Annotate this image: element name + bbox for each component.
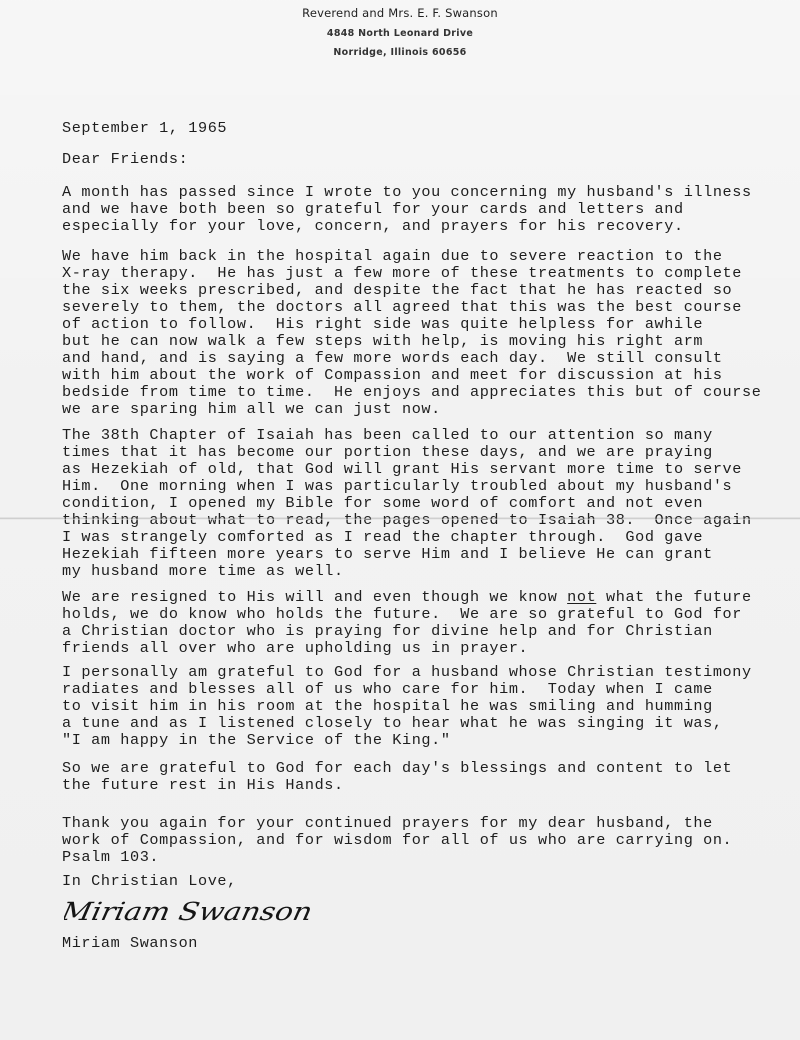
text-line: as Hezekiah of old, that God will grant … <box>62 461 752 478</box>
text-line: work of Compassion, and for wisdom for a… <box>62 832 732 849</box>
text-line: a Christian doctor who is praying for di… <box>62 623 752 640</box>
letterhead-name: Reverend and Mrs. E. F. Swanson <box>0 6 800 20</box>
text-line: X-ray therapy. He has just a few more of… <box>62 265 761 282</box>
paragraph-2: We have him back in the hospital again d… <box>62 248 761 418</box>
text-line: with him about the work of Compassion an… <box>62 367 761 384</box>
text-line: especially for your love, concern, and p… <box>62 218 752 235</box>
salutation: Dear Friends: <box>62 151 188 168</box>
paragraph-5: I personally am grateful to God for a hu… <box>62 664 752 749</box>
text-line: Psalm 103. <box>62 849 732 866</box>
typed-signature-name: Miriam Swanson <box>62 935 198 952</box>
text-line: we are sparing him all we can just now. <box>62 401 761 418</box>
paragraph-6: So we are grateful to God for each day's… <box>62 760 732 794</box>
text-line: thinking about what to read, the pages o… <box>62 512 752 529</box>
letterhead-street: 4848 North Leonard Drive <box>0 28 800 39</box>
closing: In Christian Love, <box>62 873 237 890</box>
letter-date: September 1, 1965 <box>62 120 227 137</box>
paper-fold-line <box>0 517 800 520</box>
text-line: times that it has become our portion the… <box>62 444 752 461</box>
text-line: I was strangely comforted as I read the … <box>62 529 752 546</box>
text-line: A month has passed since I wrote to you … <box>62 184 752 201</box>
text-line: I personally am grateful to God for a hu… <box>62 664 752 681</box>
text-line: We have him back in the hospital again d… <box>62 248 761 265</box>
handwritten-signature: Miriam Swanson <box>64 893 324 929</box>
text-line: friends all over who are upholding us in… <box>62 640 752 657</box>
paragraph-4: We are resigned to His will and even tho… <box>62 589 752 657</box>
text-line: We are resigned to His will and even tho… <box>62 589 752 606</box>
text-line: radiates and blesses all of us who care … <box>62 681 752 698</box>
text-line: of action to follow. His right side was … <box>62 316 761 333</box>
text-line: condition, I opened my Bible for some wo… <box>62 495 752 512</box>
paragraph-7: Thank you again for your continued praye… <box>62 815 732 866</box>
letter-page: Reverend and Mrs. E. F. Swanson 4848 Nor… <box>0 0 800 1040</box>
text-line: the six weeks prescribed, and despite th… <box>62 282 761 299</box>
text-line: bedside from time to time. He enjoys and… <box>62 384 761 401</box>
paragraph-1: A month has passed since I wrote to you … <box>62 184 752 235</box>
svg-text:Miriam Swanson: Miriam Swanson <box>64 897 315 926</box>
letterhead-city: Norridge, Illinois 60656 <box>0 47 800 58</box>
text-line: "I am happy in the Service of the King." <box>62 732 752 749</box>
text-line: holds, we do know who holds the future. … <box>62 606 752 623</box>
paragraph-3: The 38th Chapter of Isaiah has been call… <box>62 427 752 580</box>
text-line: Thank you again for your continued praye… <box>62 815 732 832</box>
text-line: my husband more time as well. <box>62 563 752 580</box>
text-line: severely to them, the doctors all agreed… <box>62 299 761 316</box>
text-line: but he can now walk a few steps with hel… <box>62 333 761 350</box>
text-line: to visit him in his room at the hospital… <box>62 698 752 715</box>
text-line: and hand, and is saying a few more words… <box>62 350 761 367</box>
text-line: a tune and as I listened closely to hear… <box>62 715 752 732</box>
underlined-word: not <box>567 588 596 606</box>
text-line: The 38th Chapter of Isaiah has been call… <box>62 427 752 444</box>
text-line: So we are grateful to God for each day's… <box>62 760 732 777</box>
text-line: Him. One morning when I was particularly… <box>62 478 752 495</box>
text-line: and we have both been so grateful for yo… <box>62 201 752 218</box>
text-line: Hezekiah fifteen more years to serve Him… <box>62 546 752 563</box>
text-line: the future rest in His Hands. <box>62 777 732 794</box>
